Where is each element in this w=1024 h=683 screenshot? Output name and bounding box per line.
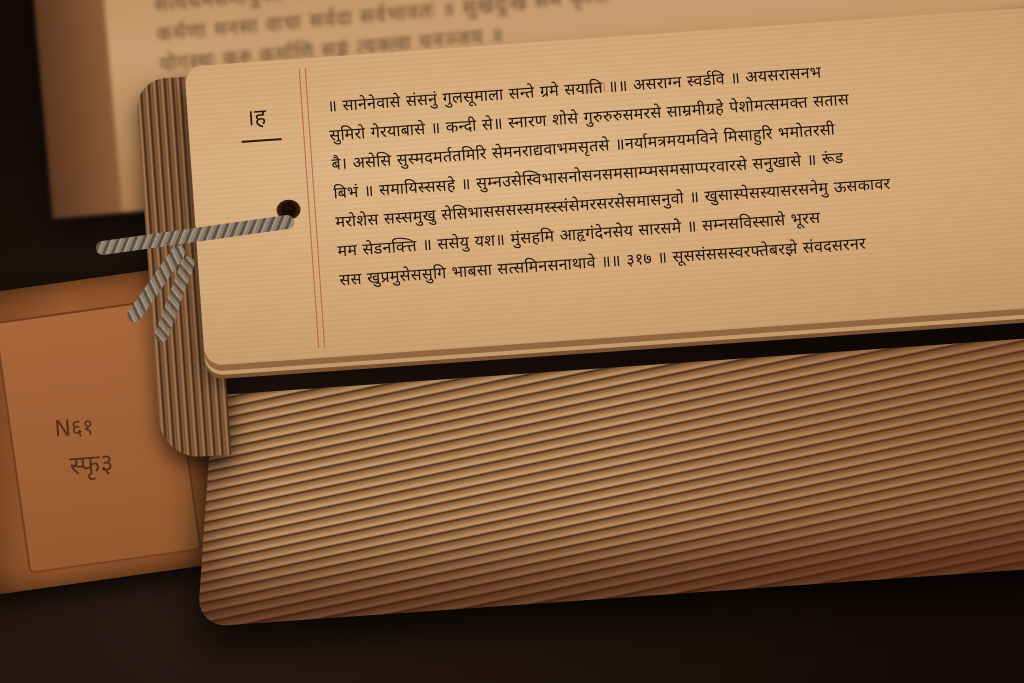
stacked-leaf-edges — [197, 327, 1024, 627]
main-manuscript-stack: ।ह ऽ:॥ ॥ सानेनेवासे संसनुं गुलसूमाला सन्… — [140, 80, 1024, 629]
manuscript-photo: सत्यधर्मसमायुक्तं सर्वलोकहितं वचः ॥ श्री… — [0, 0, 1024, 683]
folio-number: ।ह — [245, 101, 267, 132]
back-leaf-edge — [30, 0, 122, 219]
left-bundle-label-top: N६१ — [53, 411, 94, 444]
left-bundle-label-bottom: स्फृ३ — [68, 444, 114, 483]
